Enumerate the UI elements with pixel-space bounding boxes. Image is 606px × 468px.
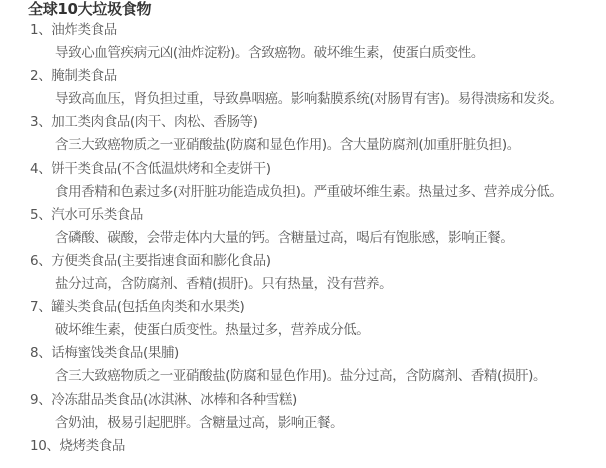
item-description-6: 盐分过高，含防腐剂、香精(损肝)。只有热量，没有营养。 (0, 273, 606, 296)
item-heading-5: 5、汽水可乐类食品 (0, 204, 606, 227)
item-description-1: 导致心血管疾病元凶(油炸淀粉)。含致癌物。破坏维生素，使蛋白质变性。 (0, 42, 606, 65)
item-description-5: 含磷酸、碳酸，会带走体内大量的钙。含糖量过高，喝后有饱胀感，影响正餐。 (0, 227, 606, 250)
item-heading-2: 2、腌制类食品 (0, 65, 606, 88)
item-heading-10: 10、烧烤类食品 (0, 435, 606, 458)
junk-food-list: 1、油炸类食品 导致心血管疾病元凶(油炸淀粉)。含致癌物。破坏维生素，使蛋白质变… (0, 19, 606, 458)
item-description-2: 导致高血压，肾负担过重，导致鼻咽癌。影响黏膜系统(对肠胃有害)。易得溃疡和发炎。 (0, 88, 606, 111)
item-description-4: 食用香精和色素过多(对肝脏功能造成负担)。严重破坏维生素。热量过多、营养成分低。 (0, 181, 606, 204)
item-description-9: 含奶油，极易引起肥胖。含糖量过高，影响正餐。 (0, 412, 606, 435)
item-heading-3: 3、加工类肉食品(肉干、肉松、香肠等) (0, 111, 606, 134)
item-description-8: 含三大致癌物质之一亚硝酸盐(防腐和显色作用)。盐分过高，含防腐剂、香精(损肝)。 (0, 365, 606, 388)
item-heading-7: 7、罐头类食品(包括鱼肉类和水果类) (0, 296, 606, 319)
item-heading-8: 8、话梅蜜饯类食品(果脯) (0, 342, 606, 365)
item-heading-4: 4、饼干类食品(不含低温烘烤和全麦饼干) (0, 158, 606, 181)
item-heading-6: 6、方便类食品(主要指速食面和膨化食品) (0, 250, 606, 273)
article-title: 全球10大垃圾食物 (28, 0, 151, 19)
item-description-3: 含三大致癌物质之一亚硝酸盐(防腐和显色作用)。含大量防腐剂(加重肝脏负担)。 (0, 134, 606, 157)
item-heading-9: 9、冷冻甜品类食品(冰淇淋、冰棒和各种雪糕) (0, 389, 606, 412)
item-description-7: 破坏维生素，使蛋白质变性。热量过多，营养成分低。 (0, 319, 606, 342)
item-heading-1: 1、油炸类食品 (0, 19, 606, 42)
